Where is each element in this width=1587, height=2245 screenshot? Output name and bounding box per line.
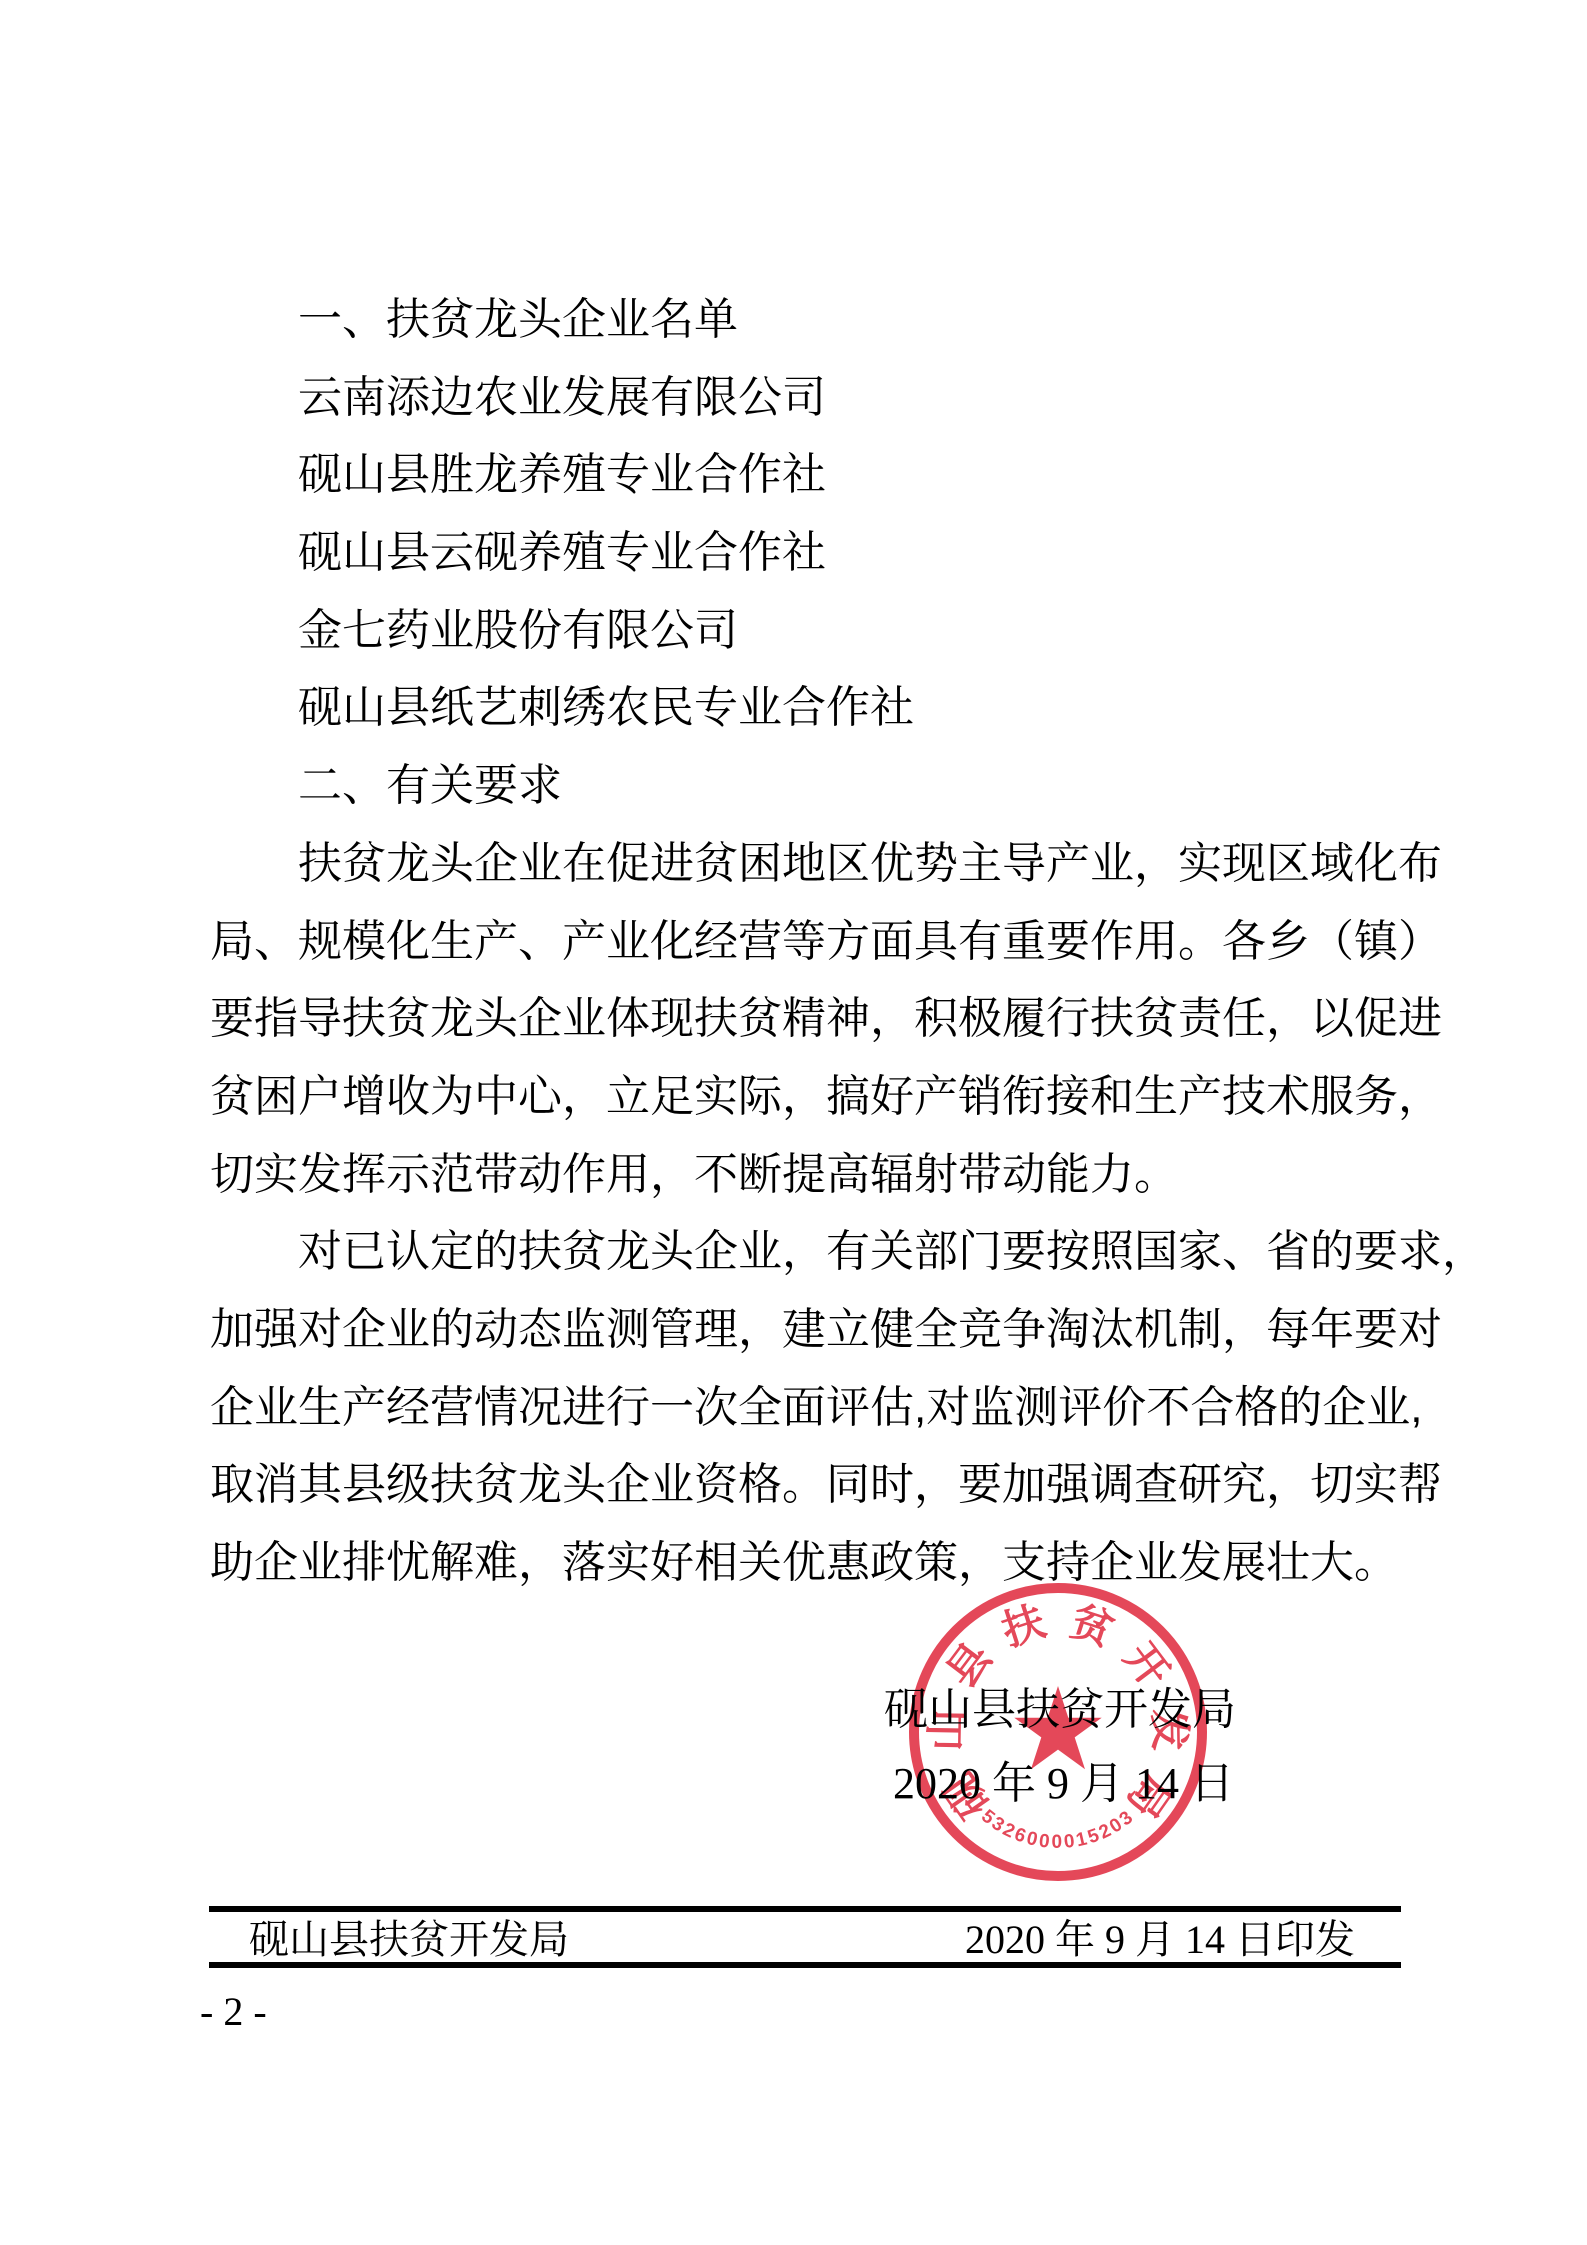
footer-row: 砚山县扶贫开发局 2020 年 9 月 14 日印发 <box>209 1913 1401 1959</box>
svg-text:贫: 贫 <box>1065 1597 1119 1655</box>
body-text-line: 贫困户增收为中心，立足实际，搞好产销衔接和生产技术服务， <box>210 1058 1400 1136</box>
body-text-line: 要指导扶贫龙头企业体现扶贫精神，积极履行扶贫责任，以促进 <box>210 980 1400 1058</box>
company-name-line: 砚山县胜龙养殖专业合作社 <box>210 436 1400 514</box>
company-name-line: 金七药业股份有限公司 <box>210 592 1400 670</box>
signature-agency: 砚山县扶贫开发局 <box>884 1686 1236 1734</box>
body-text-line: 局、规模化生产、产业化经营等方面具有重要作用。各乡（镇） <box>210 903 1400 981</box>
body-text-line: 对已认定的扶贫龙头企业，有关部门要按照国家、省的要求， <box>210 1213 1400 1291</box>
page-number: - 2 - <box>200 1988 267 2035</box>
document-page: 一、扶贫龙头企业名单 云南添边农业发展有限公司 砚山县胜龙养殖专业合作社 砚山县… <box>0 0 1587 2245</box>
seal-code: 5326000015203 <box>977 1806 1139 1853</box>
signature-date: 2020 年 9 月 14 日 <box>893 1760 1234 1808</box>
requirements-paragraph-2: 对已认定的扶贫龙头企业，有关部门要按照国家、省的要求，加强对企业的动态监测管理，… <box>210 1213 1400 1601</box>
company-name-line: 云南添边农业发展有限公司 <box>210 359 1400 437</box>
section2-heading: 二、有关要求 <box>210 747 1400 825</box>
body-text-line: 扶贫龙头企业在促进贫困地区优势主导产业，实现区域化布 <box>210 825 1400 903</box>
svg-text:扶: 扶 <box>996 1597 1050 1655</box>
body-text-line: 企业生产经营情况进行一次全面评估,对监测评价不合格的企业, <box>210 1369 1400 1447</box>
company-list: 云南添边农业发展有限公司 砚山县胜龙养殖专业合作社 砚山县云砚养殖专业合作社 金… <box>210 359 1400 747</box>
company-name-line: 砚山县纸艺刺绣农民专业合作社 <box>210 669 1400 747</box>
company-name-line: 砚山县云砚养殖专业合作社 <box>210 514 1400 592</box>
requirements-paragraph-1: 扶贫龙头企业在促进贫困地区优势主导产业，实现区域化布局、规模化生产、产业化经营等… <box>210 825 1400 1213</box>
footer-issuer: 砚山县扶贫开发局 <box>249 1908 569 1965</box>
footer-divider-bottom <box>209 1962 1401 1968</box>
body-text-line: 助企业排忧解难，落实好相关优惠政策，支持企业发展壮大。 <box>210 1524 1400 1602</box>
body-text-line: 取消其县级扶贫龙头企业资格。同时，要加强调查研究，切实帮 <box>210 1446 1400 1524</box>
section1-heading: 一、扶贫龙头企业名单 <box>210 281 1400 359</box>
body-text-line: 切实发挥示范带动作用，不断提高辐射带动能力。 <box>210 1136 1400 1214</box>
document-body: 一、扶贫龙头企业名单 云南添边农业发展有限公司 砚山县胜龙养殖专业合作社 砚山县… <box>210 281 1400 1602</box>
footer-print-date: 2020 年 9 月 14 日印发 <box>965 1908 1355 1965</box>
body-text-line: 加强对企业的动态监测管理，建立健全竞争淘汰机制，每年要对 <box>210 1291 1400 1369</box>
